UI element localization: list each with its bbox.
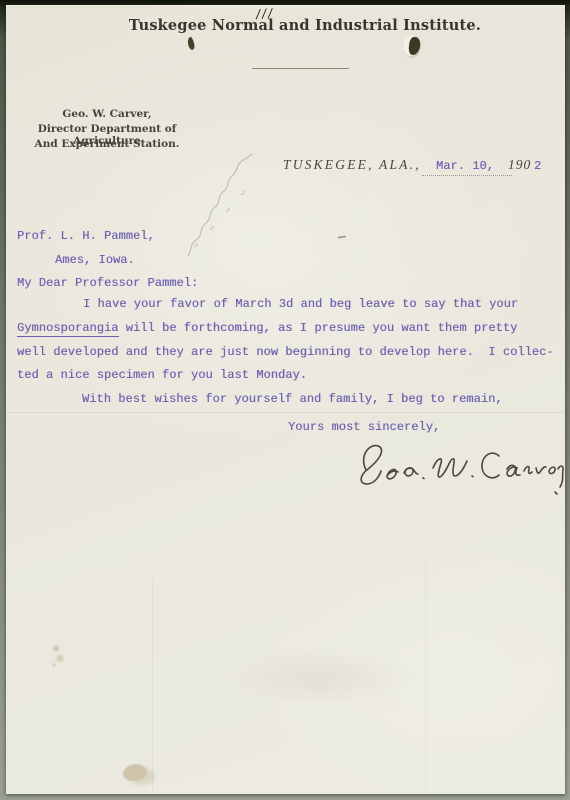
salutation-line: My Dear Professor Pammel: — [17, 276, 198, 290]
sender-name: Geo. W. Carver, — [14, 108, 200, 120]
body-line-3: well developed and they are just now beg… — [17, 345, 554, 359]
typed-date: Mar. 10, — [436, 159, 494, 173]
letterhead-title: Tuskegee Normal and Industrial Institute… — [75, 17, 535, 34]
horizontal-fold-crease — [6, 412, 565, 414]
body-line-4: ted a nice specimen for you last Monday. — [17, 368, 307, 382]
underlined-word: Gymnosporangia — [17, 321, 119, 337]
ink-bleedthrough-ghost — [226, 650, 416, 705]
pencil-scrawl — [178, 150, 290, 262]
stray-pencil-mark — [338, 235, 346, 238]
typed-year-digit: 2 — [534, 159, 541, 173]
sender-station-line: And Experiment Station. — [14, 138, 200, 150]
body-line-2-rest: will be forthcoming, as I presume you wa… — [119, 321, 518, 335]
vertical-fold-crease-right — [425, 560, 427, 794]
body-line-1: I have your favor of March 3d and beg le… — [83, 297, 518, 311]
recipient-city-line: Ames, Iowa. — [55, 253, 135, 267]
signature-handwriting: Geo. W. Carver — [336, 428, 568, 506]
body-line-5: With best wishes for yourself and family… — [82, 392, 503, 406]
paper-hole-large — [403, 35, 421, 58]
paper-hole-dark-core — [408, 36, 421, 55]
printed-year-prefix: 190 — [508, 157, 531, 173]
letter-page: /// Tuskegee Normal and Industrial Insti… — [6, 5, 565, 794]
vertical-fold-crease-left — [152, 580, 154, 794]
paper-stain-left — [48, 638, 68, 672]
body-line-2: Gymnosporangia will be forthcoming, as I… — [17, 321, 517, 335]
paper-hole-small — [187, 36, 196, 50]
dateline-place: TUSKEGEE, ALA., — [283, 157, 421, 173]
letterhead-rule — [252, 68, 349, 69]
paper-stain-bottom — [123, 764, 147, 781]
recipient-name-line: Prof. L. H. Pammel, — [17, 229, 155, 243]
